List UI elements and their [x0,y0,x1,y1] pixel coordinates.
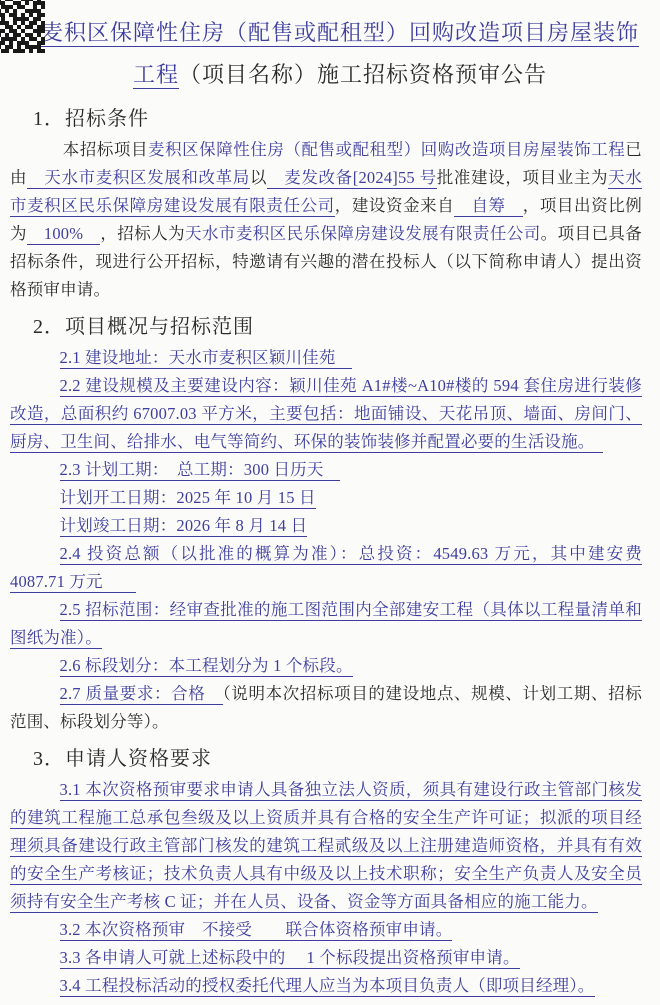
text-run: 以 [250,168,267,187]
text-run: （项目名称）施工招标资格预审公告 [179,62,547,87]
text-run: 2.5 招标范围：经审查批准的施工图范围内全部建安工程（具体以工程量清单和图纸为… [10,600,642,649]
qr-code [0,0,45,53]
clause-2-2-scale-and-content: 2.2 建设规模及主要建设内容：颖川佳苑 A1#楼~A10#楼的 594 套住房… [10,372,642,456]
section-heading-2: 2．项目概况与招标范围 [33,312,642,342]
clause-2-6-lot-division: 2.6 标段划分：本工程划分为 1 个标段。 [10,652,642,680]
text-run: 本招标项目 [63,140,148,159]
document-page: 麦积区保障性住房（配售或配租型）回购改造项目房屋装饰 工程（项目名称）施工招标资… [0,0,660,1005]
text-run: 计划竣工日期：2026 年 8 月 14 日 [60,516,308,537]
clause-2-3-planned-duration: 2.3 计划工期： 总工期：300 日历天 [10,456,642,484]
text-run: ，招标人为 [100,224,185,243]
clause-3-2-consortium: 3.2 本次资格预审 不接受 联合体资格预审申请。 [10,916,642,944]
clause-3-3-lot-application: 3.3 各申请人可就上述标段中的 1 个标段提出资格预审申请。 [10,944,642,972]
clause-2-1-site-address: 2.1 建设地址：天水市麦积区颖川佳苑 [10,344,642,372]
text-run: 麦发改备[2024]55 号 [267,168,437,189]
document-title-line-2: 工程（项目名称）施工招标资格预审公告 [38,54,642,96]
text-run: 天水市麦积区民乐保障房建设发展有限责任公司 [185,224,541,243]
text-run: 麦积区保障性住房（配售或配租型）回购改造项目房屋装饰 [41,20,639,47]
text-run: 天水市麦积区发展和改革局 [27,168,250,189]
text-run: 2.2 建设规模及主要建设内容：颖川佳苑 A1#楼~A10#楼的 594 套住房… [10,376,642,453]
text-run: 自筹 [454,196,522,217]
text-run: 工程 [133,62,179,89]
section-heading-3: 3．申请人资格要求 [33,744,642,774]
text-run: ，建设资金来自 [335,196,455,215]
document-title: 麦积区保障性住房（配售或配租型）回购改造项目房屋装饰 工程（项目名称）施工招标资… [38,12,642,96]
text-run: 2.6 标段划分：本工程划分为 1 个标段。 [60,656,353,677]
clause-2-4-total-investment: 2.4 投资总额（以批准的概算为准）：总投资：4549.63 万元，其中建安费 … [10,540,642,596]
document-sections: 1．招标条件本招标项目麦积区保障性住房（配售或配租型）回购改造项目房屋装饰工程已… [10,104,642,1000]
clause-3-1-qualification-requirements: 3.1 本次资格预审要求申请人具备独立法人资质，须具有建设行政主管部门核发的建筑… [10,776,642,916]
text-run: 3.3 各申请人可就上述标段中的 1 个标段提出资格预审申请。 [60,948,520,969]
clause-3-4-authorized-agent: 3.4 工程投标活动的授权委托代理人应当为本项目负责人（即项目经理）。 [10,972,642,1000]
section-heading-1: 1．招标条件 [33,104,642,134]
text-run: 100% [27,224,100,245]
text-run: 2.3 计划工期： 总工期：300 日历天 [60,460,341,481]
text-run: 2.1 建设地址：天水市麦积区颖川佳苑 [60,348,353,369]
clause-2-7-quality-requirement: 2.7 质量要求：合格 （说明本次招标项目的建设地点、规模、计划工期、招标范围、… [10,680,642,736]
text-run: 2.7 质量要求：合格 [60,684,223,705]
clause-1-tender-conditions: 本招标项目麦积区保障性住房（配售或配租型）回购改造项目房屋装饰工程已由 天水市麦… [10,136,642,304]
clause-2-3-start-date: 计划开工日期：2025 年 10 月 15 日 [10,484,642,512]
qr-pixel [41,49,45,53]
text-run: 3.4 工程投标活动的授权委托代理人应当为本项目负责人（即项目经理）。 [60,976,595,997]
text-run: 麦积区保障性住房（配售或配租型）回购改造项目房屋装饰工程 [148,140,625,159]
text-run: 批准建设，项目业主为 [437,168,608,187]
document-title-line-1: 麦积区保障性住房（配售或配租型）回购改造项目房屋装饰 [38,12,642,54]
text-run: 计划开工日期：2025 年 10 月 15 日 [60,488,316,509]
text-run: 3.1 本次资格预审要求申请人具备独立法人资质，须具有建设行政主管部门核发的建筑… [10,780,642,913]
clause-2-5-tender-scope: 2.5 招标范围：经审查批准的施工图范围内全部建安工程（具体以工程量清单和图纸为… [10,596,642,652]
text-run: 2.4 投资总额（以批准的概算为准）：总投资：4549.63 万元，其中建安费 … [10,544,642,593]
clause-2-3-completion-date: 计划竣工日期：2026 年 8 月 14 日 [10,512,642,540]
text-run: 3.2 本次资格预审 不接受 联合体资格预审申请。 [60,920,453,941]
